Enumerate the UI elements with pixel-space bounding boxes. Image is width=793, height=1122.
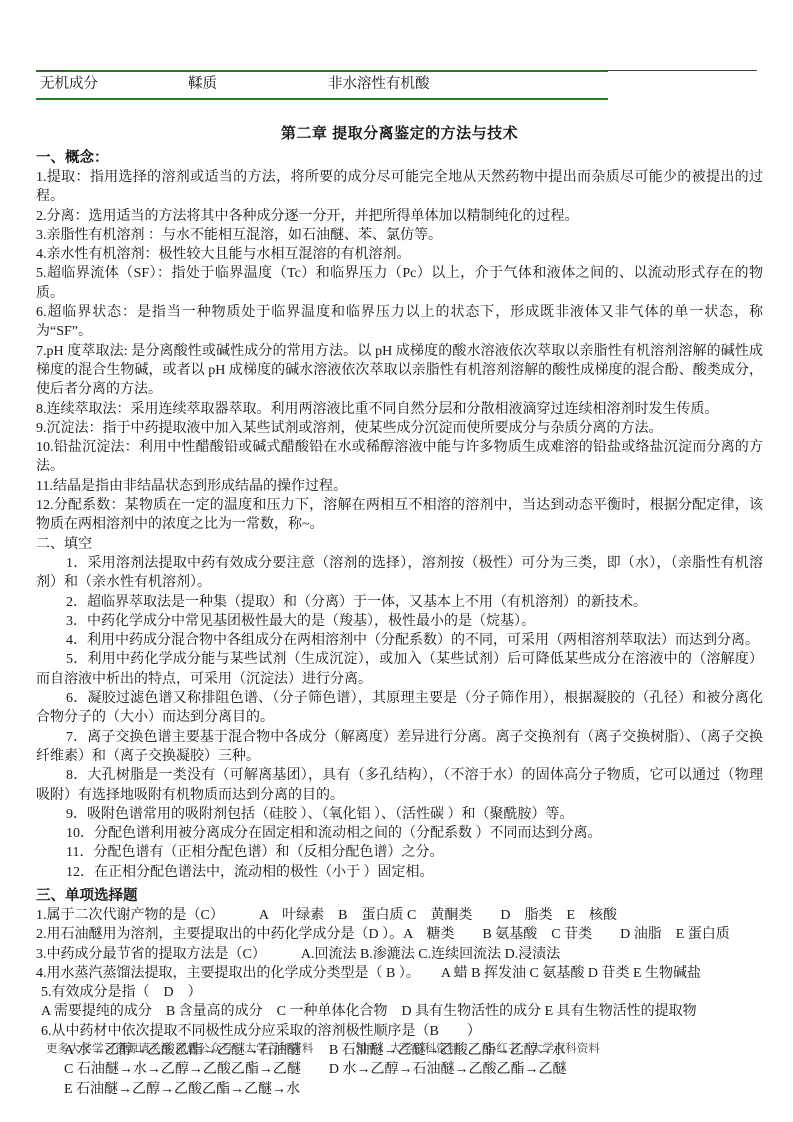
fill-blank-item: 10．分配色谱利用被分离成分在固定相和流动相之间的（分配系数 ）不同而达到分离。: [36, 824, 763, 843]
fill-blank-item: 3．中药化学成分中常见基团极性最大的是（羧基），极性最小的是（烷基）。: [36, 612, 763, 631]
concept-paragraph: 12.分配系数：某物质在一定的温度和压力下，溶解在两相互不相溶的溶剂中，当达到动…: [36, 496, 763, 535]
concept-paragraph: 9.沉淀法：指于中药提取液中加入某些试剂或溶剂，使某些成分沉淀而使所要成分与杂质…: [36, 419, 763, 438]
choice-line: 4.用水蒸汽蒸馏法提取，主要提取出的化学成分类型是（ B ）。 A 蜡 B 挥发…: [36, 964, 763, 983]
document-page: 无机成分 鞣质 非水溶性有机酸 第二章 提取分离鉴定的方法与技术 一、概念： 1…: [0, 0, 793, 1122]
concept-paragraph: 6.超临界状态：是指当一种物质处于临界温度和临界压力以上的状态下，形成既非液体又…: [36, 303, 763, 342]
chapter-title: 第二章 提取分离鉴定的方法与技术: [36, 124, 763, 144]
section-heading-concepts: 一、概念：: [36, 148, 763, 168]
section-heading-multiple-choice: 三、单项选择题: [36, 886, 763, 906]
fill-blank-item: 5．利用中药化学成分能与某些试剂（生成沉淀），或加入（某些试剂）后可降低某些成分…: [36, 650, 763, 689]
concept-paragraph: 10.铅盐沉淀法：利用中性醋酸铅或碱式醋酸铅在水或稀醇溶液中能与许多物质生成难溶…: [36, 438, 763, 477]
fill-blank-item: 4．利用中药成分混合物中各组成分在两相溶剂中（分配系数）的不同，可采用（两相溶剂…: [36, 631, 763, 650]
footer-zhihu: 知乎：大学百科资料: [355, 1043, 459, 1055]
concept-paragraph: 2.分离：选用适当的方法将其中各种成分逐一分开，并把所得单体加以精制纯化的过程。: [36, 207, 763, 226]
concept-paragraph: 1.提取：指用选择的溶剂或适当的方法，将所要的成分尽可能完全地从天然药物中提出而…: [36, 168, 763, 207]
concept-paragraph: 4.亲水性有机溶剂：极性较大且能与水相互混溶的有机溶剂。: [36, 245, 763, 264]
footer: 更多大学学习资源请关注 微信公众号：大学百科资料知乎：大学百科资料小红书：大学百…: [46, 1040, 600, 1056]
header-table: 无机成分 鞣质 非水溶性有机酸: [36, 70, 608, 100]
fill-blank-item: 12．在正相分配色谱法中，流动相的极性（小于 ）固定相。: [36, 863, 763, 882]
choice-line: 6.从中药材中依次提取不同极性成分应采取的溶剂极性顺序是（B ）: [36, 1022, 763, 1041]
footer-xiaohongshu: 小红书：大学百科资料: [485, 1043, 600, 1055]
fill-blank-item: 1．采用溶剂法提取中药有效成分要注意（溶剂的选择），溶剂按（极性）可分为三类，即…: [36, 554, 763, 593]
fill-blank-item: 11．分配色谱有（正相分配色谱）和（反相分配色谱）之分。: [36, 843, 763, 862]
fill-blank-item: 6．凝胶过滤色谱又称排阻色谱、（分子筛色谱），其原理主要是（分子筛作用），根据凝…: [36, 689, 763, 728]
fill-blanks-list: 1．采用溶剂法提取中药有效成分要注意（溶剂的选择），溶剂按（极性）可分为三类，即…: [36, 554, 763, 882]
concept-paragraph: 7.pH 度萃取法: 是分离酸性或碱性成分的常用方法。以 pH 成梯度的酸水溶液…: [36, 342, 763, 400]
concept-paragraph: 11.结晶是指由非结晶状态到形成结晶的操作过程。: [36, 477, 763, 496]
choice-line: 3.中药成分最节省的提取方法是（C） A.回流法 B.渗漉法 C.连续回流法 D…: [36, 945, 763, 964]
footer-wechat: 更多大学学习资源请关注 微信公众号：大学百科资料: [46, 1043, 313, 1055]
section-heading-fill-blanks: 二、填空: [36, 535, 763, 554]
concepts-list: 1.提取：指用选择的溶剂或适当的方法，将所要的成分尽可能完全地从天然药物中提出而…: [36, 168, 763, 535]
table-border-artifact: [40, 70, 66, 71]
table-top-border-extension: [606, 70, 757, 71]
choice-line: E 石油醚→乙醇→乙酸乙酯→乙醚→水: [36, 1080, 763, 1099]
table-row: 无机成分 鞣质 非水溶性有机酸: [36, 72, 608, 98]
document-content: 第二章 提取分离鉴定的方法与技术 一、概念： 1.提取：指用选择的溶剂或适当的方…: [0, 124, 793, 1099]
fill-blank-item: 7．离子交换色谱主要基于混合物中各成分（解离度）差异进行分离。离子交换剂有（离子…: [36, 728, 763, 767]
table-cell-tannin: 鞣质: [188, 75, 328, 93]
choice-line: A 需要提纯的成分 B 含量高的成分 C 一种单体化合物 D 具有生物活性的成分…: [36, 1002, 763, 1021]
fill-blank-item: 2．超临界萃取法是一种集（提取）和（分离）于一体，又基本上不用（有机溶剂）的新技…: [36, 593, 763, 612]
choice-line: C 石油醚→水→乙醇→乙酸乙酯→乙醚 D 水→乙醇→石油醚→乙酸乙酯→乙醚: [36, 1060, 763, 1079]
table-cell-inorganic: 无机成分: [40, 75, 188, 93]
concept-paragraph: 8.连续萃取法：采用连续萃取器萃取。利用两溶液比重不同自然分层和分散相液滴穿过连…: [36, 400, 763, 419]
choice-line: 2.用石油醚用为溶剂，主要提取出的中药化学成分是（D ）。A 糖类 B 氨基酸 …: [36, 925, 763, 944]
choice-line: 5.有效成分是指（ D ）: [36, 983, 763, 1002]
fill-blank-item: 8．大孔树脂是一类没有（可解离基团），具有（多孔结构），（不溶于水）的固体高分子…: [36, 766, 763, 805]
concept-paragraph: 3.亲脂性有机溶剂 ：与水不能相互混溶，如石油醚、苯、氯仿等。: [36, 226, 763, 245]
table-cell-organic-acid: 非水溶性有机酸: [328, 75, 608, 93]
concept-paragraph: 5.超临界流体（SF）：指处于临界温度（Tc）和临界压力（Pc）以上，介于气体和…: [36, 264, 763, 303]
multiple-choice-list: 1.属于二次代谢产物的是（C） A 叶绿素 B 蛋白质 C 黄酮类 D 脂类 E…: [36, 906, 763, 1099]
choice-line: 1.属于二次代谢产物的是（C） A 叶绿素 B 蛋白质 C 黄酮类 D 脂类 E…: [36, 906, 763, 925]
fill-blank-item: 9．吸附色谱常用的吸附剂包括（硅胶 ）、（氧化铝 ）、（活性碳 ）和（聚酰胺）等…: [36, 805, 763, 824]
